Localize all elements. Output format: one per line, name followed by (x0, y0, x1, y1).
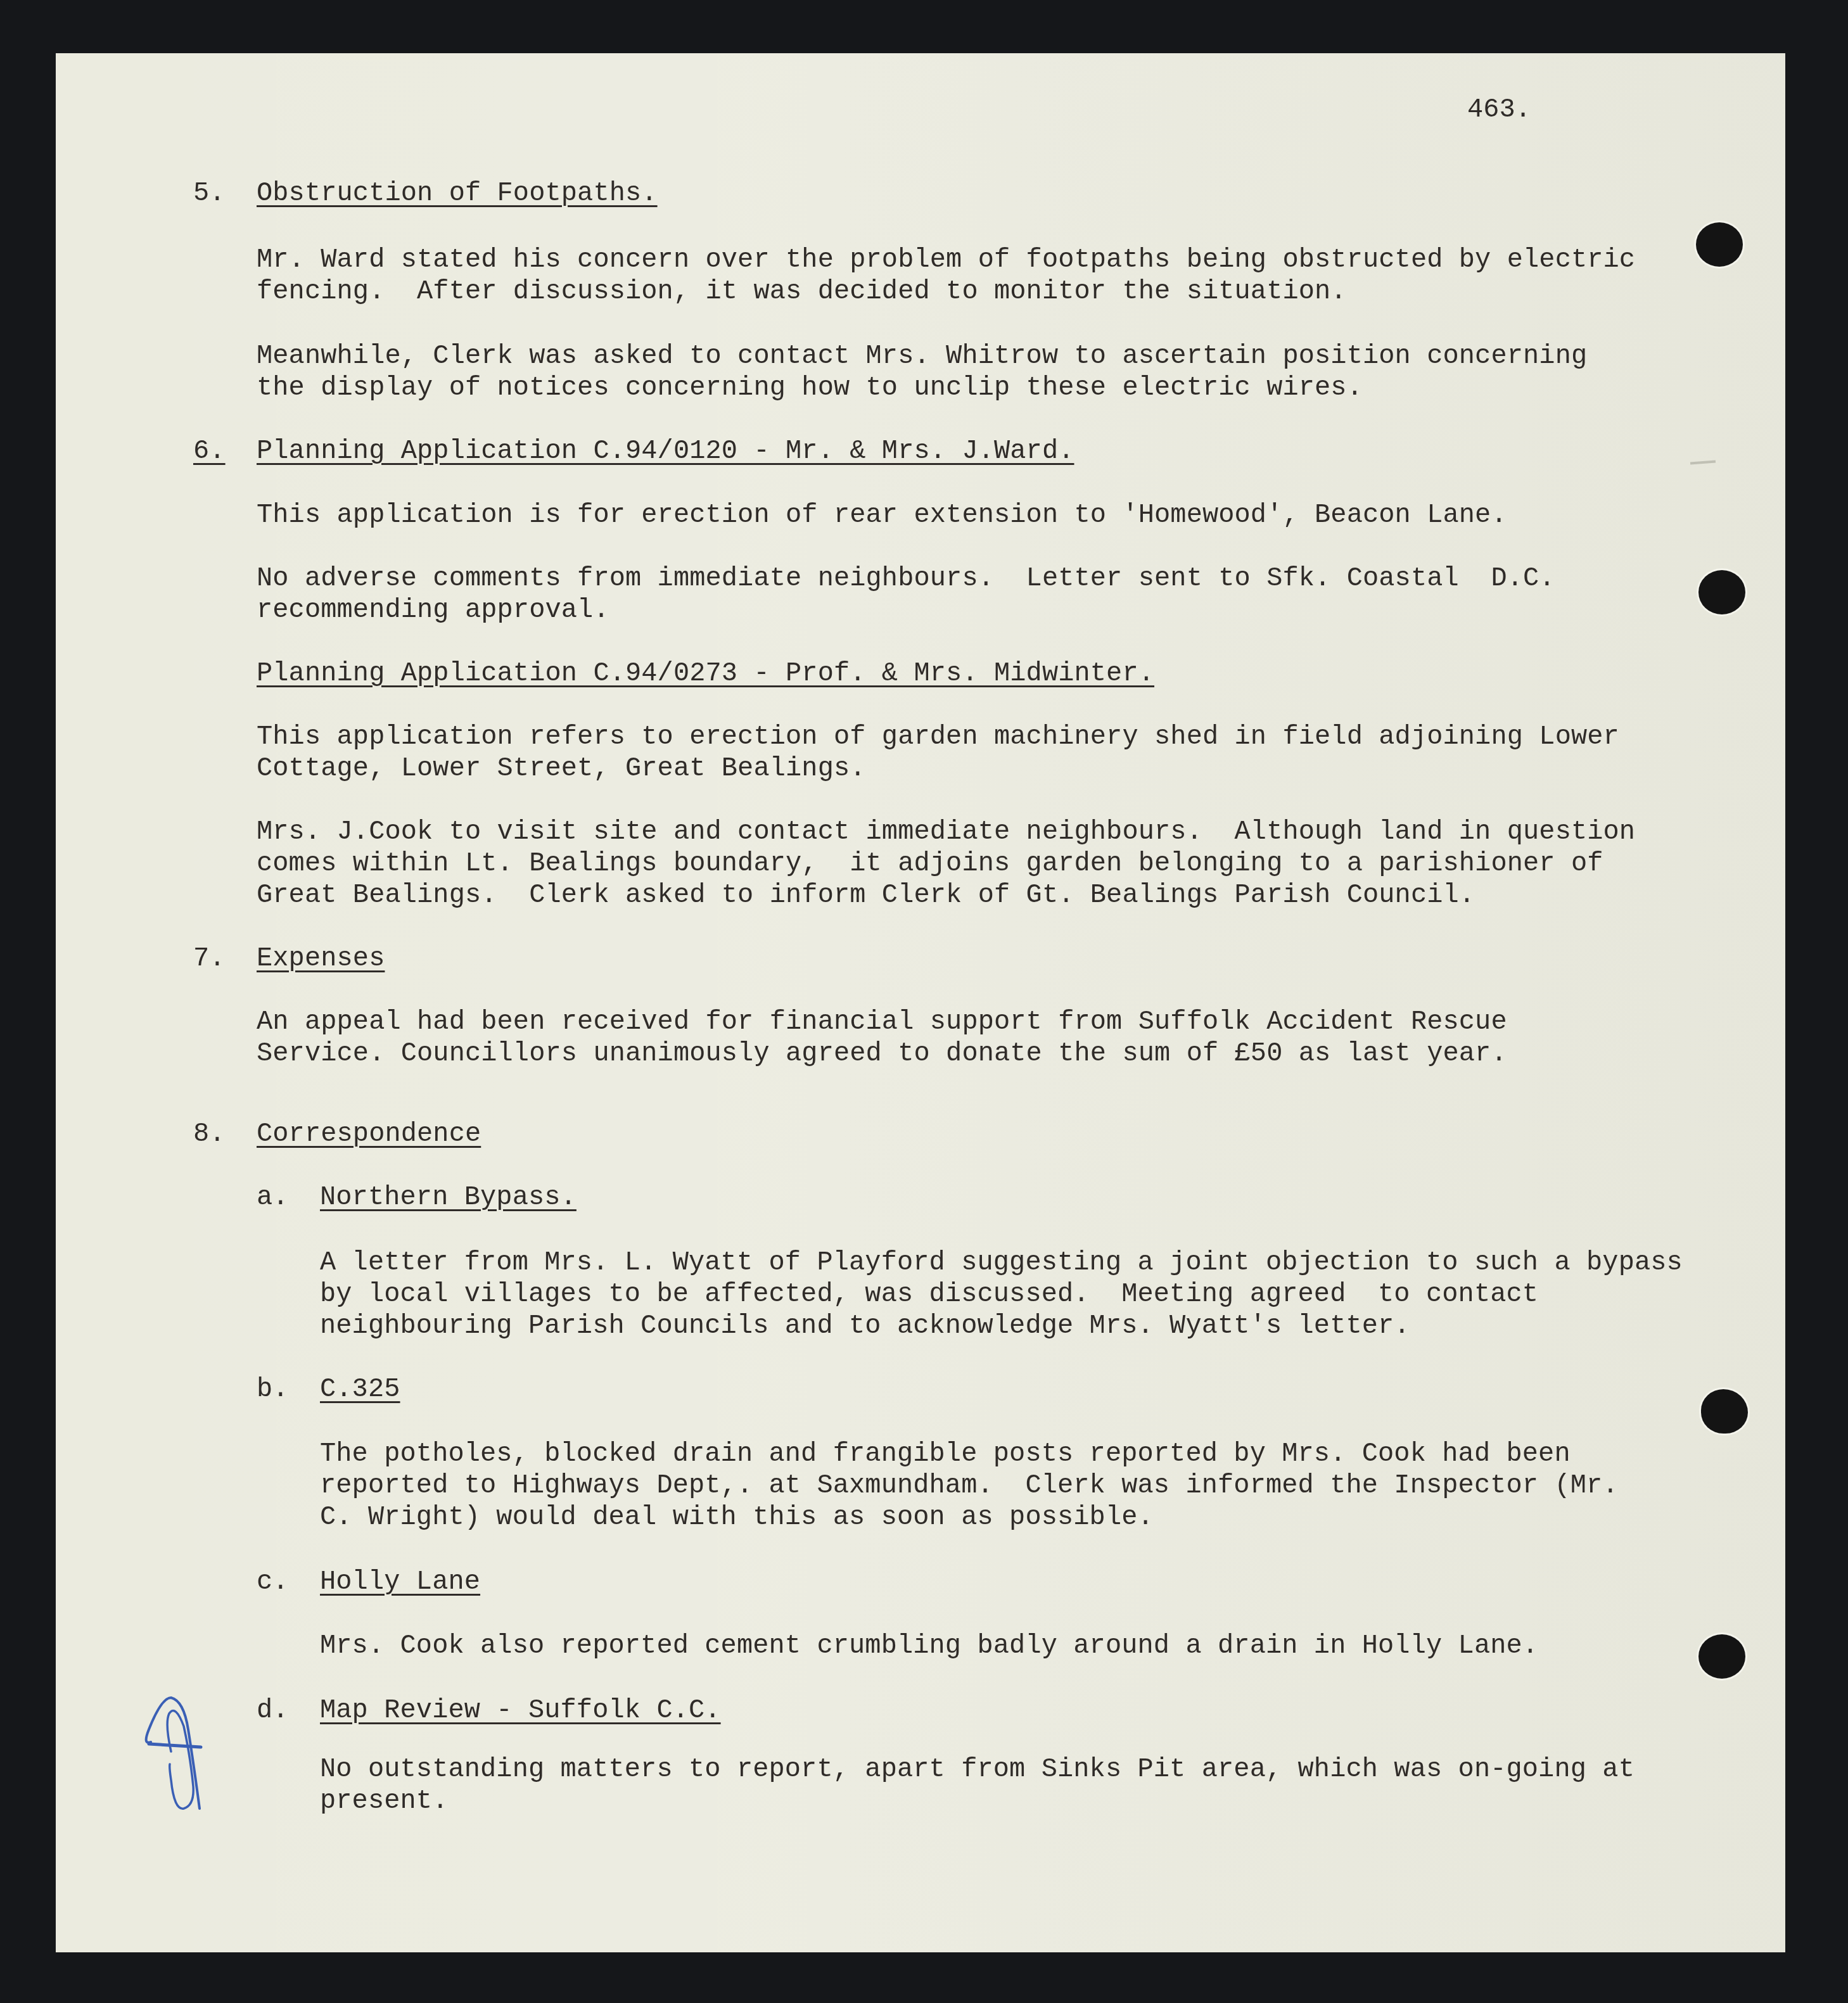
item-a-line-2: by local villages to be affected, was di… (320, 1278, 1538, 1310)
item-b-line-1: The potholes, blocked drain and frangibl… (320, 1438, 1571, 1470)
item-a-letter: a. (257, 1181, 289, 1213)
item-d-line-1: No outstanding matters to report, apart … (320, 1753, 1635, 1785)
section-6-paragraph-1-line-1: This application is for erection of rear… (257, 499, 1507, 531)
item-d-line-2: present. (320, 1785, 448, 1817)
item-b-line-2: reported to Highways Dept,. at Saxmundha… (320, 1470, 1619, 1501)
section-5-paragraph-1-line-1: Mr. Ward stated his concern over the pro… (257, 244, 1635, 276)
item-b-line-3: C. Wright) would deal with this as soon … (320, 1501, 1154, 1533)
handwritten-mark-icon (130, 1685, 219, 1812)
section-6-sub-paragraph-2-line-1: Mrs. J.Cook to visit site and contact im… (257, 816, 1635, 848)
section-6-sub-paragraph-2-line-2: comes within Lt. Bealings boundary, it a… (257, 848, 1603, 879)
document-page (56, 53, 1785, 1952)
section-5-paragraph-2-line-1: Meanwhile, Clerk was asked to contact Mr… (257, 340, 1587, 372)
section-7-paragraph-1-line-1: An appeal had been received for financia… (257, 1006, 1507, 1038)
section-6-paragraph-2-line-2: recommending approval. (257, 594, 609, 626)
item-b-heading: C.325 (320, 1373, 400, 1405)
section-6-sub-paragraph-1-line-2: Cottage, Lower Street, Great Bealings. (257, 753, 866, 784)
punch-hole-icon (1701, 1389, 1748, 1434)
section-6-subheading: Planning Application C.94/0273 - Prof. &… (257, 658, 1154, 689)
section-6-sub-paragraph-2-line-3: Great Bealings. Clerk asked to inform Cl… (257, 879, 1475, 911)
punch-hole-icon (1698, 1634, 1745, 1679)
section-6-paragraph-2-line-1: No adverse comments from immediate neigh… (257, 563, 1555, 594)
item-c-line-1: Mrs. Cook also reported cement crumbling… (320, 1630, 1538, 1662)
section-5-paragraph-2-line-2: the display of notices concerning how to… (257, 372, 1363, 404)
section-6-heading: Planning Application C.94/0120 - Mr. & M… (257, 435, 1074, 467)
section-5-heading: Obstruction of Footpaths. (257, 177, 658, 209)
item-d-heading: Map Review - Suffolk C.C. (320, 1695, 721, 1726)
section-6-sub-paragraph-1-line-1: This application refers to erection of g… (257, 721, 1619, 753)
item-a-heading: Northern Bypass. (320, 1181, 577, 1213)
section-5-paragraph-1-line-2: fencing. After discussion, it was decide… (257, 276, 1347, 307)
section-7-paragraph-1-line-2: Service. Councillors unanimously agreed … (257, 1038, 1507, 1069)
punch-hole-icon (1698, 570, 1745, 614)
item-d-letter: d. (257, 1695, 289, 1726)
section-7-number: 7. (193, 943, 226, 974)
section-8-heading: Correspondence (257, 1118, 481, 1150)
item-a-line-1: A letter from Mrs. L. Wyatt of Playford … (320, 1247, 1683, 1278)
section-5-number: 5. (193, 177, 226, 209)
section-7-heading: Expenses (257, 943, 385, 974)
item-b-letter: b. (257, 1373, 289, 1405)
item-c-heading: Holly Lane (320, 1566, 480, 1598)
section-8-number: 8. (193, 1118, 226, 1150)
page-number: 463. (1467, 94, 1531, 125)
punch-hole-icon (1696, 222, 1743, 267)
item-a-line-3: neighbouring Parish Councils and to ackn… (320, 1310, 1410, 1342)
section-6-number: 6. (193, 435, 226, 467)
item-c-letter: c. (257, 1566, 289, 1598)
